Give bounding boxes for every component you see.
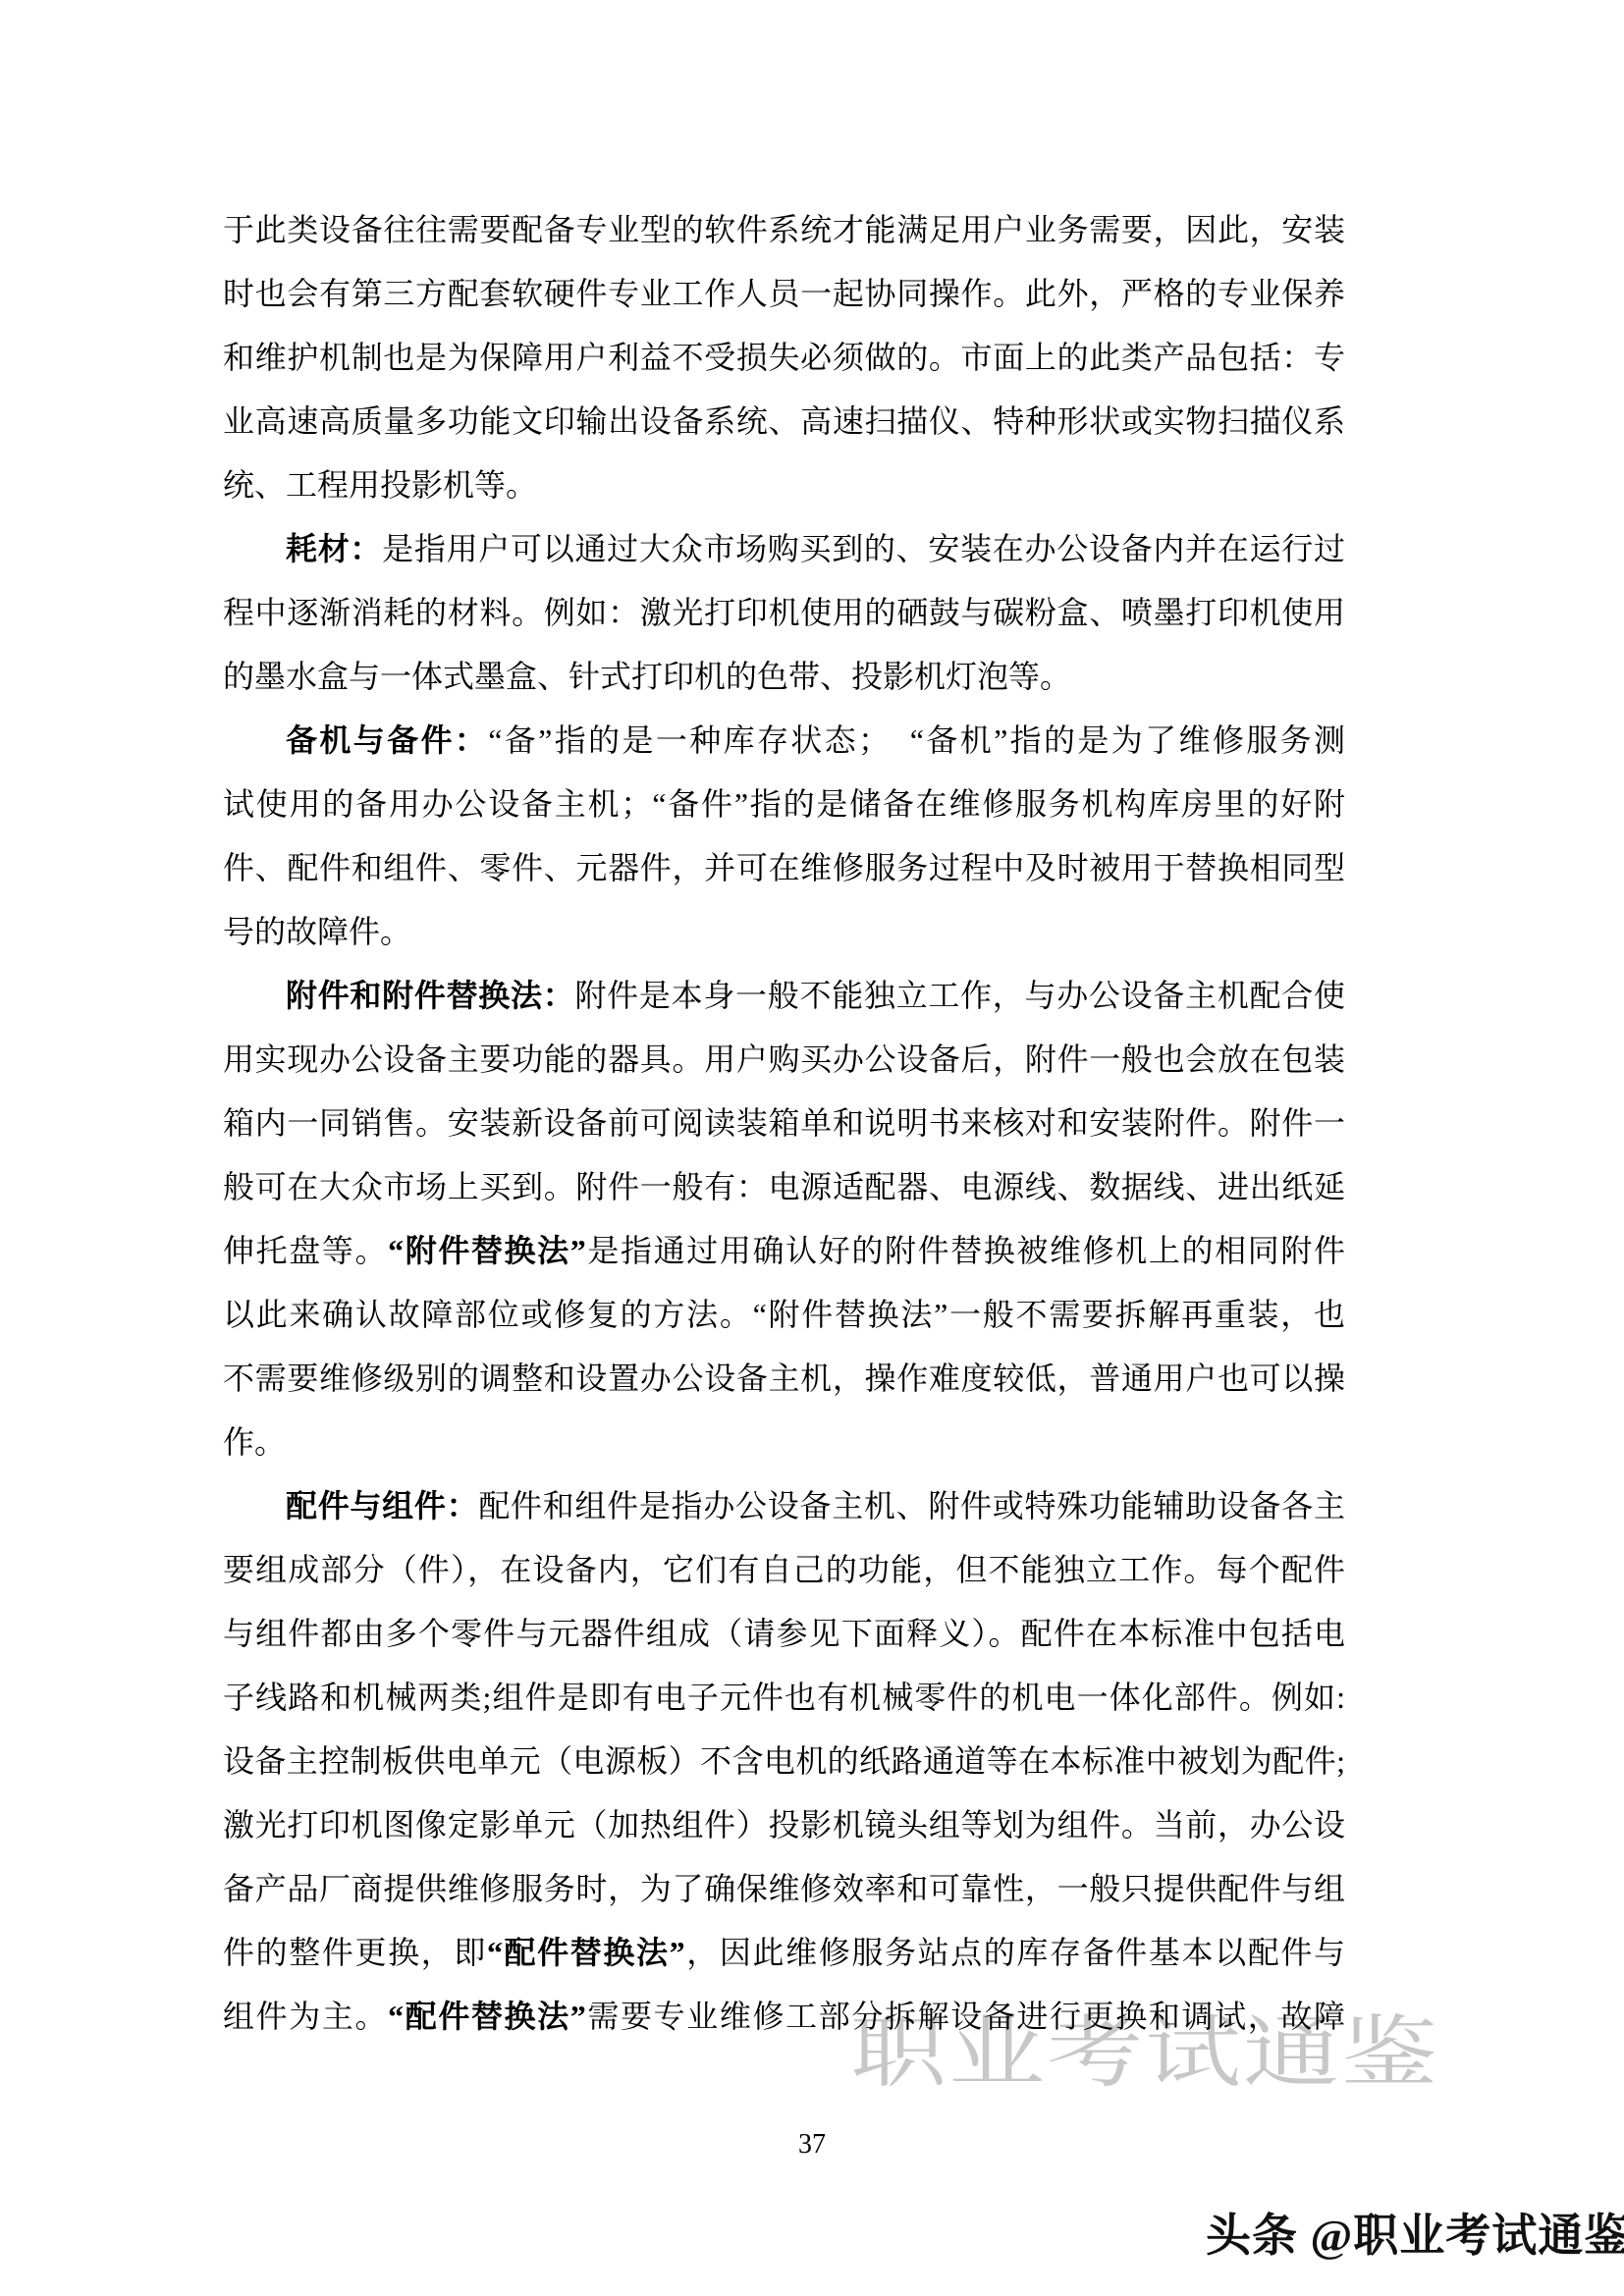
- text-segment: 于此类设备往往需要配备专业型的软件系统才能满足用户业务需要，因此，安装: [223, 212, 1345, 247]
- document-body: 于此类设备往往需要配备专业型的软件系统才能满足用户业务需要，因此，安装时也会有第…: [223, 198, 1345, 2049]
- bold-text-segment: 耗材：: [286, 531, 382, 566]
- text-segment: 要组成部分（件），在设备内，它们有自己的功能，但不能独立工作。每个配件: [223, 1552, 1345, 1587]
- text-line: 备机与备件：“备”指的是一种库存状态； “备机”指的是为了维修服务测: [223, 709, 1345, 773]
- text-line: 耗材：是指用户可以通过大众市场购买到的、安装在办公设备内并在运行过: [223, 517, 1345, 581]
- text-segment: 件、配件和组件、零件、元器件，并可在维修服务过程中及时被用于替换相同型: [223, 850, 1345, 885]
- bold-text-segment: “配件替换法”: [487, 1935, 685, 1970]
- text-segment: 箱内一同销售。安装新设备前可阅读装箱单和说明书来核对和安装附件。附件一: [223, 1105, 1345, 1141]
- text-line: 件、配件和组件、零件、元器件，并可在维修服务过程中及时被用于替换相同型: [223, 836, 1345, 900]
- text-segment: 业高速高质量多功能文印输出设备系统、高速扫描仪、特种形状或实物扫描仪系: [223, 403, 1345, 439]
- text-segment: 般可在大众市场上买到。附件一般有：电源适配器、电源线、数据线、进出纸延: [223, 1169, 1345, 1204]
- text-line: 激光打印机图像定影单元（加热组件）投影机镜头组等划为组件。当前，办公设: [223, 1793, 1345, 1857]
- text-line: 要组成部分（件），在设备内，它们有自己的功能，但不能独立工作。每个配件: [223, 1538, 1345, 1602]
- text-segment: 不需要维修级别的调整和设置办公设备主机，操作难度较低，普通用户也可以操: [223, 1361, 1345, 1396]
- text-segment: ，因此维修服务站点的库存备件基本以配件与: [685, 1935, 1345, 1970]
- text-segment: 用实现办公设备主要功能的器具。用户购买办公设备后，附件一般也会放在包装: [223, 1041, 1345, 1077]
- text-segment: 时也会有第三方配套软硬件专业工作人员一起协同操作。此外，严格的专业保养: [223, 276, 1345, 311]
- text-line: 统、工程用投影机等。: [223, 454, 1345, 517]
- text-line: 箱内一同销售。安装新设备前可阅读装箱单和说明书来核对和安装附件。附件一: [223, 1092, 1345, 1155]
- bold-text-segment: 备机与备件：: [286, 722, 488, 758]
- text-line: 与组件都由多个零件与元器件组成（请参见下面释义）。配件在本标准中包括电: [223, 1602, 1345, 1666]
- text-segment: 备产品厂商提供维修服务时，为了确保维修效率和可靠性，一般只提供配件与组: [223, 1871, 1345, 1906]
- text-segment: 程中逐渐消耗的材料。例如：激光打印机使用的硒鼓与碳粉盒、喷墨打印机使用: [223, 595, 1345, 630]
- bold-text-segment: “配件替换法”: [388, 1999, 586, 2034]
- text-line: 件的整件更换，即“配件替换法”，因此维修服务站点的库存备件基本以配件与: [223, 1921, 1345, 1985]
- text-segment: 统、工程用投影机等。: [223, 467, 537, 503]
- text-segment: 激光打印机图像定影单元（加热组件）投影机镜头组等划为组件。当前，办公设: [223, 1807, 1345, 1842]
- text-segment: 以此来确认故障部位或修复的方法。“附件替换法”一般不需要拆解再重装，也: [223, 1297, 1345, 1332]
- text-segment: 伸托盘等。: [223, 1233, 388, 1268]
- text-segment: 件的整件更换，即: [223, 1935, 487, 1970]
- text-segment: 需要专业维修工部分拆解设备进行更换和调试，故障: [586, 1999, 1345, 2034]
- text-line: 程中逐渐消耗的材料。例如：激光打印机使用的硒鼓与碳粉盒、喷墨打印机使用: [223, 581, 1345, 645]
- bold-text-segment: 附件和附件替换法：: [286, 978, 574, 1013]
- text-segment: 组件为主。: [223, 1999, 388, 2034]
- text-segment: 号的故障件。: [223, 914, 411, 949]
- text-line: 用实现办公设备主要功能的器具。用户购买办公设备后，附件一般也会放在包装: [223, 1028, 1345, 1092]
- text-line: 时也会有第三方配套软硬件专业工作人员一起协同操作。此外，严格的专业保养: [223, 262, 1345, 326]
- text-line: 设备主控制板供电单元（电源板）不含电机的纸路通道等在本标准中被划为配件;: [223, 1730, 1345, 1793]
- text-line: 业高速高质量多功能文印输出设备系统、高速扫描仪、特种形状或实物扫描仪系: [223, 390, 1345, 454]
- text-line: 组件为主。“配件替换法”需要专业维修工部分拆解设备进行更换和调试，故障: [223, 1985, 1345, 2049]
- text-line: 的墨水盒与一体式墨盒、针式打印机的色带、投影机灯泡等。: [223, 645, 1345, 709]
- text-line: 号的故障件。: [223, 900, 1345, 964]
- text-line: 试使用的备用办公设备主机；“备件”指的是储备在维修服务机构库房里的好附: [223, 773, 1345, 836]
- page-number: 37: [0, 2128, 1624, 2162]
- bold-text-segment: “附件替换法”: [388, 1233, 586, 1268]
- document-page: 职业考试通鉴 于此类设备往往需要配备专业型的软件系统才能满足用户业务需要，因此，…: [0, 0, 1624, 2296]
- text-line: 配件与组件：配件和组件是指办公设备主机、附件或特殊功能辅助设备各主: [223, 1474, 1345, 1538]
- text-line: 附件和附件替换法：附件是本身一般不能独立工作，与办公设备主机配合使: [223, 964, 1345, 1028]
- text-segment: “备”指的是一种库存状态； “备机”指的是为了维修服务测: [488, 722, 1345, 758]
- bold-text-segment: 配件与组件：: [286, 1488, 478, 1523]
- footer-credit: 头条 @职业考试通鉴: [1206, 2211, 1624, 2262]
- text-segment: 子线路和机械两类;组件是即有电子元件也有机械零件的机电一体化部件。例如:: [223, 1680, 1345, 1715]
- text-line: 般可在大众市场上买到。附件一般有：电源适配器、电源线、数据线、进出纸延: [223, 1155, 1345, 1219]
- text-segment: 作。: [223, 1424, 286, 1460]
- text-line: 作。: [223, 1411, 1345, 1474]
- text-line: 备产品厂商提供维修服务时，为了确保维修效率和可靠性，一般只提供配件与组: [223, 1857, 1345, 1921]
- text-line: 不需要维修级别的调整和设置办公设备主机，操作难度较低，普通用户也可以操: [223, 1347, 1345, 1411]
- text-segment: 是指用户可以通过大众市场购买到的、安装在办公设备内并在运行过: [382, 531, 1345, 566]
- text-segment: 附件是本身一般不能独立工作，与办公设备主机配合使: [574, 978, 1345, 1013]
- text-segment: 和维护机制也是为保障用户利益不受损失必须做的。市面上的此类产品包括：专: [223, 340, 1345, 375]
- text-line: 伸托盘等。“附件替换法”是指通过用确认好的附件替换被维修机上的相同附件: [223, 1219, 1345, 1283]
- text-segment: 与组件都由多个零件与元器件组成（请参见下面释义）。配件在本标准中包括电: [223, 1616, 1345, 1651]
- text-line: 子线路和机械两类;组件是即有电子元件也有机械零件的机电一体化部件。例如:: [223, 1666, 1345, 1730]
- text-line: 和维护机制也是为保障用户利益不受损失必须做的。市面上的此类产品包括：专: [223, 326, 1345, 390]
- text-line: 于此类设备往往需要配备专业型的软件系统才能满足用户业务需要，因此，安装: [223, 198, 1345, 262]
- text-segment: 配件和组件是指办公设备主机、附件或特殊功能辅助设备各主: [478, 1488, 1345, 1523]
- text-segment: 是指通过用确认好的附件替换被维修机上的相同附件: [586, 1233, 1345, 1268]
- text-line: 以此来确认故障部位或修复的方法。“附件替换法”一般不需要拆解再重装，也: [223, 1283, 1345, 1347]
- text-segment: 试使用的备用办公设备主机；“备件”指的是储备在维修服务机构库房里的好附: [223, 786, 1345, 822]
- text-segment: 设备主控制板供电单元（电源板）不含电机的纸路通道等在本标准中被划为配件;: [223, 1743, 1345, 1779]
- text-segment: 的墨水盒与一体式墨盒、针式打印机的色带、投影机灯泡等。: [223, 659, 1071, 694]
